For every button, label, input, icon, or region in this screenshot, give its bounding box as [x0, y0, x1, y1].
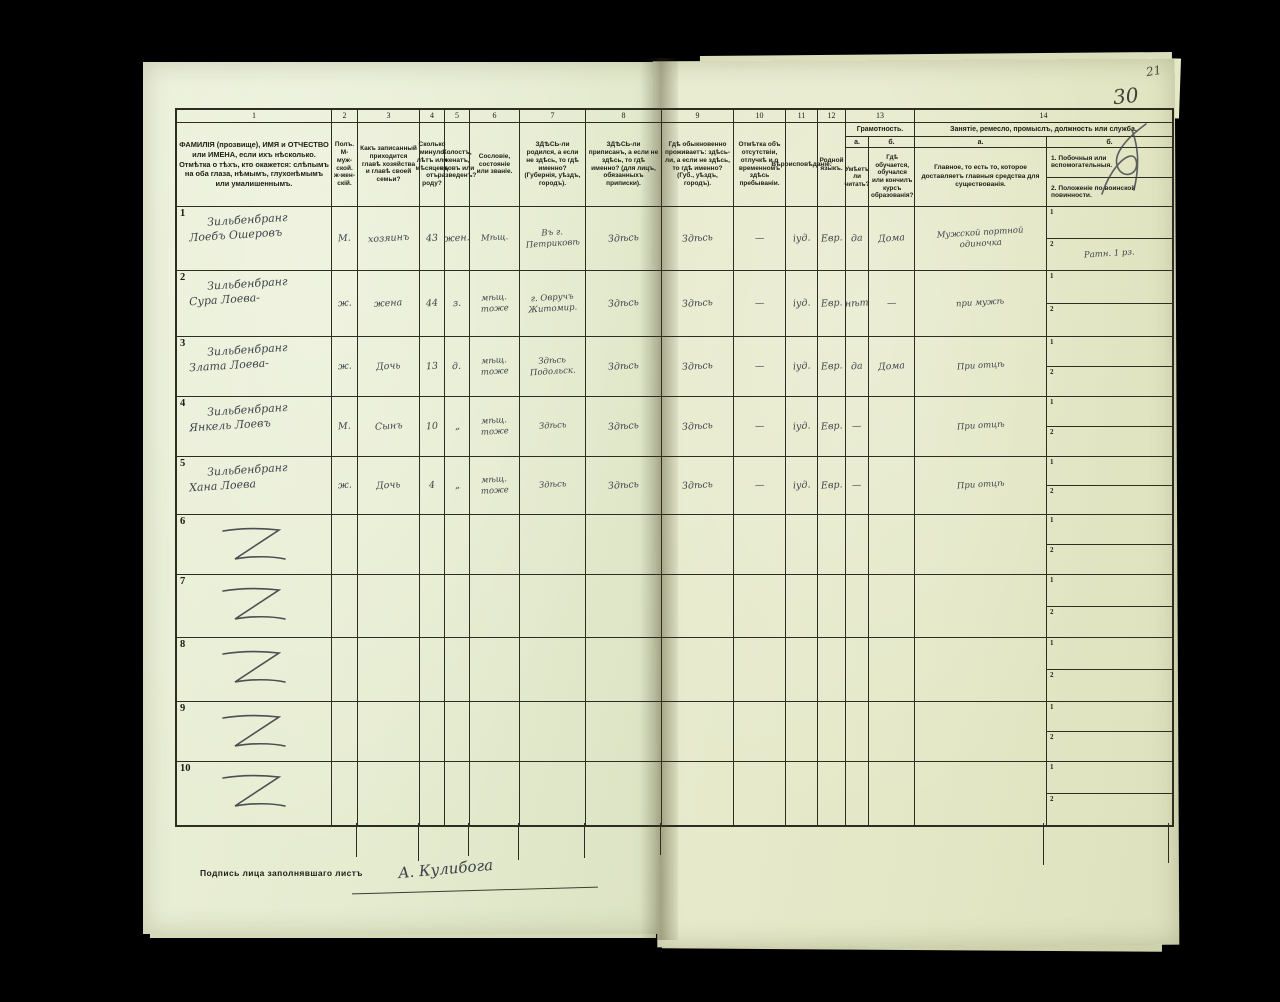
- cell-occupation-main: При отцѣ: [915, 397, 1047, 456]
- cell-religion: іуд.: [786, 457, 818, 514]
- cell-birthplace: [520, 638, 586, 701]
- cell-estate: мѣщ. тоже: [470, 397, 520, 456]
- cell-sex: [332, 762, 358, 825]
- cell-estate: [470, 702, 520, 761]
- cell-absence: —: [734, 337, 786, 396]
- cell-estate: мѣщ. тоже: [470, 271, 520, 336]
- grid-line-stub: [468, 823, 469, 856]
- military-status-cell: 2: [1047, 486, 1172, 514]
- cell-literacy-where: [869, 515, 915, 574]
- cell-literacy-reads: [846, 762, 869, 825]
- cell-sex: [332, 515, 358, 574]
- cell-marital: [445, 762, 470, 825]
- cell-registered: [586, 762, 662, 825]
- cell-religion: [786, 515, 818, 574]
- cell-estate: [470, 762, 520, 825]
- table-row: 4 Зильбенбранг Янкель Лоевъ М. Сынъ 10 „…: [177, 397, 1172, 457]
- cell-language: Евр.: [818, 337, 846, 396]
- cell-residence: [662, 702, 734, 761]
- cell-age: [420, 762, 445, 825]
- table-row: 6: [177, 515, 1172, 575]
- cell-literacy-reads: да: [846, 337, 869, 396]
- cell-absence: [734, 702, 786, 761]
- side-occupation-cell: 1: [1047, 515, 1172, 545]
- cell-occupation-main: при мужѣ: [915, 271, 1047, 336]
- cell-occupation-main: [915, 702, 1047, 761]
- side-occupation-cell: 1: [1047, 457, 1172, 486]
- cell-literacy-reads: —: [846, 397, 869, 456]
- grid-line-stub: [518, 823, 519, 860]
- cell-estate: мѣщ. тоже: [470, 337, 520, 396]
- cell-birthplace: [520, 575, 586, 637]
- cell-registered: Здѣсь: [586, 337, 662, 396]
- cell-residence: Здѣсь: [662, 457, 734, 514]
- cell-literacy-where: [869, 702, 915, 761]
- military-status-cell: 2: [1047, 732, 1172, 761]
- cell-language: Евр.: [818, 207, 846, 270]
- handwritten-page-number: 30: [1112, 83, 1140, 110]
- row-number: 7: [180, 576, 185, 587]
- cell-absence: [734, 575, 786, 637]
- cell-occupation-side: 1 2: [1047, 702, 1172, 761]
- table-row: 5 Зильбенбранг Хана Лоева ж. Дочь 4 „ мѣ…: [177, 457, 1172, 515]
- cell-age: 13: [420, 337, 445, 396]
- cell-relation: Дочь: [358, 337, 420, 396]
- grid-line-stub: [418, 823, 419, 861]
- cell-registered: Здѣсь: [586, 271, 662, 336]
- cell-religion: іуд.: [786, 207, 818, 270]
- cell-sex: [332, 638, 358, 701]
- cell-sex: [332, 575, 358, 637]
- cell-registered: [586, 575, 662, 637]
- cancellation-mark: [219, 644, 303, 692]
- cell-literacy-reads: —: [846, 457, 869, 514]
- side-occupation-cell: 1: [1047, 762, 1172, 794]
- signature-label: Подпись лица заполнявшаго листъ: [200, 868, 363, 878]
- cell-marital: д.: [445, 337, 470, 396]
- cell-absence: —: [734, 207, 786, 270]
- header-col-8: 8 ЗДѢСЬ-ли приписанъ, а если не здѣсь, т…: [586, 110, 662, 206]
- cell-name: 9: [177, 702, 332, 761]
- row-number: 6: [180, 516, 185, 527]
- row-number: 3: [180, 338, 185, 349]
- cell-residence: Здѣсь: [662, 397, 734, 456]
- cell-absence: —: [734, 271, 786, 336]
- cell-registered: [586, 515, 662, 574]
- table-row: 9: [177, 702, 1172, 762]
- cell-literacy-where: [869, 575, 915, 637]
- cell-sex: М.: [332, 397, 358, 456]
- cell-literacy-where: [869, 762, 915, 825]
- cell-religion: іуд.: [786, 337, 818, 396]
- side-occupation-cell: 1: [1047, 337, 1172, 367]
- side-occupation-cell: 1: [1047, 638, 1172, 670]
- military-status-cell: 2: [1047, 304, 1172, 336]
- cell-marital: [445, 575, 470, 637]
- military-status-cell: 2: [1047, 367, 1172, 396]
- cell-estate: мѣщ. тоже: [470, 457, 520, 514]
- cell-occupation-main: [915, 638, 1047, 701]
- cell-sex: ж.: [332, 271, 358, 336]
- cell-language: Евр.: [818, 271, 846, 336]
- cell-registered: Здѣсь: [586, 207, 662, 270]
- cell-name: 8: [177, 638, 332, 701]
- header-col-6: 6 Сословіе, состояніе или званіе.: [470, 110, 520, 206]
- military-status-cell: 2: [1047, 545, 1172, 574]
- cell-religion: [786, 702, 818, 761]
- cell-occupation-side: 1 2: [1047, 271, 1172, 336]
- header-col-10: 10 Отмѣтка объ отсутствіи, отлучкѣ и о в…: [734, 110, 786, 206]
- cell-age: [420, 702, 445, 761]
- cell-language: [818, 762, 846, 825]
- side-occupation-cell: 1: [1047, 575, 1172, 607]
- header-col-13-literacy: 13 Грамотность. а. б. Умѣетъ ли читать? …: [846, 110, 915, 206]
- cell-relation: хозяинъ: [358, 207, 420, 270]
- cell-name: 2 Зильбенбранг Сура Лоева-: [177, 271, 332, 336]
- cell-registered: [586, 638, 662, 701]
- cancellation-mark: [219, 521, 303, 569]
- cell-residence: Здѣсь: [662, 271, 734, 336]
- cell-residence: Здѣсь: [662, 337, 734, 396]
- table-row: 1 Зильбенбранг Лоебъ Ошеровъ М. хозяинъ …: [177, 207, 1172, 271]
- cell-sex: [332, 702, 358, 761]
- cell-literacy-where: [869, 457, 915, 514]
- cell-registered: Здѣсь: [586, 457, 662, 514]
- cell-language: [818, 515, 846, 574]
- cell-residence: [662, 638, 734, 701]
- cell-religion: іуд.: [786, 271, 818, 336]
- grid-line-stub: [584, 823, 585, 858]
- grid-line-stub: [356, 823, 357, 857]
- side-occupation-cell: 1: [1047, 702, 1172, 732]
- pencil-page-mark: 21: [1145, 63, 1162, 79]
- cell-birthplace: Въ г. Петриковѣ: [520, 207, 586, 270]
- cell-religion: [786, 762, 818, 825]
- military-status-cell: 2: [1047, 794, 1172, 825]
- census-table: 1 ФАМИЛІЯ (прозвище), ИМЯ и ОТЧЕСТВО или…: [175, 108, 1174, 827]
- cell-relation: Дочь: [358, 457, 420, 514]
- military-status-cell: 2 Ратн. 1 рз.: [1047, 239, 1172, 270]
- cell-residence: [662, 762, 734, 825]
- cell-absence: [734, 762, 786, 825]
- military-status-cell: 2: [1047, 670, 1172, 701]
- cell-occupation-side: 1 2: [1047, 575, 1172, 637]
- cell-relation: [358, 638, 420, 701]
- cell-relation: [358, 702, 420, 761]
- ink-flourish: [1088, 120, 1160, 198]
- cell-literacy-reads: нѣт: [846, 271, 869, 336]
- cell-occupation-side: 1 2: [1047, 337, 1172, 396]
- side-occupation-cell: 1: [1047, 397, 1172, 427]
- cell-literacy-where: Дома: [869, 337, 915, 396]
- header-col-2: 2 Полъ. М-муж-ской. ж-жен-скій.: [332, 110, 358, 206]
- table-row: 2 Зильбенбранг Сура Лоева- ж. жена 44 з.…: [177, 271, 1172, 337]
- cancellation-mark: [219, 708, 303, 756]
- row-number: 2: [180, 272, 185, 283]
- cell-occupation-side: 1 2: [1047, 397, 1172, 456]
- header-col-9: 9 Гдѣ обыкновенно проживаетъ: здѣсь-ли, …: [662, 110, 734, 206]
- table-header: 1 ФАМИЛІЯ (прозвище), ИМЯ и ОТЧЕСТВО или…: [177, 110, 1172, 207]
- cell-occupation-side: 1 2: [1047, 515, 1172, 574]
- cell-absence: [734, 515, 786, 574]
- table-row: 3 Зильбенбранг Злата Лоева- ж. Дочь 13 д…: [177, 337, 1172, 397]
- row-number: 4: [180, 398, 185, 409]
- table-body: 1 Зильбенбранг Лоебъ Ошеровъ М. хозяинъ …: [177, 207, 1172, 825]
- cell-relation: [358, 762, 420, 825]
- cell-relation: Сынъ: [358, 397, 420, 456]
- cell-occupation-main: [915, 762, 1047, 825]
- cell-literacy-reads: [846, 515, 869, 574]
- cell-relation: [358, 515, 420, 574]
- cell-literacy-reads: [846, 638, 869, 701]
- cell-marital: жен.: [445, 207, 470, 270]
- row-number: 5: [180, 458, 185, 469]
- cell-language: Евр.: [818, 457, 846, 514]
- cell-language: [818, 702, 846, 761]
- cell-residence: [662, 575, 734, 637]
- cell-occupation-main: Мужской портной одиночка: [915, 207, 1047, 270]
- cell-absence: —: [734, 397, 786, 456]
- cell-registered: [586, 702, 662, 761]
- cell-age: [420, 638, 445, 701]
- cell-literacy-where: Дома: [869, 207, 915, 270]
- cell-estate: Мѣщ.: [470, 207, 520, 270]
- military-status-cell: 2: [1047, 427, 1172, 456]
- cell-occupation-side: 1 2: [1047, 457, 1172, 514]
- cell-birthplace: [520, 515, 586, 574]
- cell-language: [818, 575, 846, 637]
- row-number: 9: [180, 703, 185, 714]
- header-col-12: 12 Родной языкъ.: [818, 110, 846, 206]
- cell-occupation-side: 1 2: [1047, 638, 1172, 701]
- cell-age: 4: [420, 457, 445, 514]
- grid-line-stub: [1168, 823, 1169, 863]
- cell-name: 1 Зильбенбранг Лоебъ Ошеровъ: [177, 207, 332, 270]
- header-col-5: 5 Холостъ, женатъ, вдовъ или разведенъ?: [445, 110, 470, 206]
- cell-literacy-reads: [846, 575, 869, 637]
- cell-occupation-main: [915, 515, 1047, 574]
- cell-age: [420, 575, 445, 637]
- grid-line-stub: [660, 823, 661, 855]
- cell-occupation-side: 1 2: [1047, 762, 1172, 825]
- cell-literacy-where: [869, 397, 915, 456]
- cell-marital: [445, 515, 470, 574]
- grid-line-stub: [1043, 823, 1044, 865]
- cell-birthplace: Здѣсь: [520, 397, 586, 456]
- cell-name: 7: [177, 575, 332, 637]
- side-occupation-cell: 1: [1047, 271, 1172, 304]
- row-number: 10: [180, 763, 191, 774]
- cell-literacy-where: —: [869, 271, 915, 336]
- cell-relation: [358, 575, 420, 637]
- cell-language: Евр.: [818, 397, 846, 456]
- cell-religion: [786, 638, 818, 701]
- cell-religion: [786, 575, 818, 637]
- cell-birthplace: г. Овручъ Житомир.: [520, 271, 586, 336]
- row-number: 8: [180, 639, 185, 650]
- cell-literacy-reads: [846, 702, 869, 761]
- cell-name: 4 Зильбенбранг Янкель Лоевъ: [177, 397, 332, 456]
- cell-occupation-main: При отцѣ: [915, 457, 1047, 514]
- table-row: 8: [177, 638, 1172, 702]
- cell-birthplace: Здѣсь Подольск.: [520, 337, 586, 396]
- cell-residence: Здѣсь: [662, 207, 734, 270]
- header-col-11: 11 Вѣроисповѣданіе.: [786, 110, 818, 206]
- cell-marital: „: [445, 397, 470, 456]
- cell-occupation-side: 1 2 Ратн. 1 рз.: [1047, 207, 1172, 270]
- cell-estate: [470, 575, 520, 637]
- cell-religion: іуд.: [786, 397, 818, 456]
- cancellation-mark: [219, 581, 303, 629]
- census-scan: 21 30 1 ФАМИЛІЯ (прозвище), ИМЯ и ОТЧЕСТ…: [0, 0, 1280, 1002]
- cell-age: 44: [420, 271, 445, 336]
- cell-occupation-main: [915, 575, 1047, 637]
- cell-marital: з.: [445, 271, 470, 336]
- table-row: 7: [177, 575, 1172, 638]
- cell-literacy-reads: да: [846, 207, 869, 270]
- cell-sex: М.: [332, 207, 358, 270]
- cell-birthplace: [520, 762, 586, 825]
- row-number: 1: [180, 208, 185, 219]
- cell-sex: ж.: [332, 337, 358, 396]
- cell-marital: [445, 702, 470, 761]
- table-row: 10: [177, 762, 1172, 825]
- cell-language: [818, 638, 846, 701]
- cell-name: 10: [177, 762, 332, 825]
- cell-name: 5 Зильбенбранг Хана Лоева: [177, 457, 332, 514]
- header-col-1: 1 ФАМИЛІЯ (прозвище), ИМЯ и ОТЧЕСТВО или…: [177, 110, 332, 206]
- cell-literacy-where: [869, 638, 915, 701]
- cell-registered: Здѣсь: [586, 397, 662, 456]
- cell-estate: [470, 515, 520, 574]
- cell-age: [420, 515, 445, 574]
- cell-age: 43: [420, 207, 445, 270]
- header-col-7: 7 ЗДѢСЬ-ли родился, а если не здѣсь, то …: [520, 110, 586, 206]
- cell-residence: [662, 515, 734, 574]
- military-status-cell: 2: [1047, 607, 1172, 638]
- cell-marital: „: [445, 457, 470, 514]
- cell-absence: [734, 638, 786, 701]
- header-col-3: 3 Какъ записанный приходится главѣ хозяй…: [358, 110, 420, 206]
- cell-name: 6: [177, 515, 332, 574]
- cell-absence: —: [734, 457, 786, 514]
- cancellation-mark: [219, 768, 303, 816]
- side-occupation-cell: 1: [1047, 207, 1172, 239]
- cell-name: 3 Зильбенбранг Злата Лоева-: [177, 337, 332, 396]
- cell-birthplace: [520, 702, 586, 761]
- cell-marital: [445, 638, 470, 701]
- cell-sex: ж.: [332, 457, 358, 514]
- cell-occupation-main: При отцѣ: [915, 337, 1047, 396]
- cell-relation: жена: [358, 271, 420, 336]
- cell-age: 10: [420, 397, 445, 456]
- cell-birthplace: Здѣсь: [520, 457, 586, 514]
- cell-estate: [470, 638, 520, 701]
